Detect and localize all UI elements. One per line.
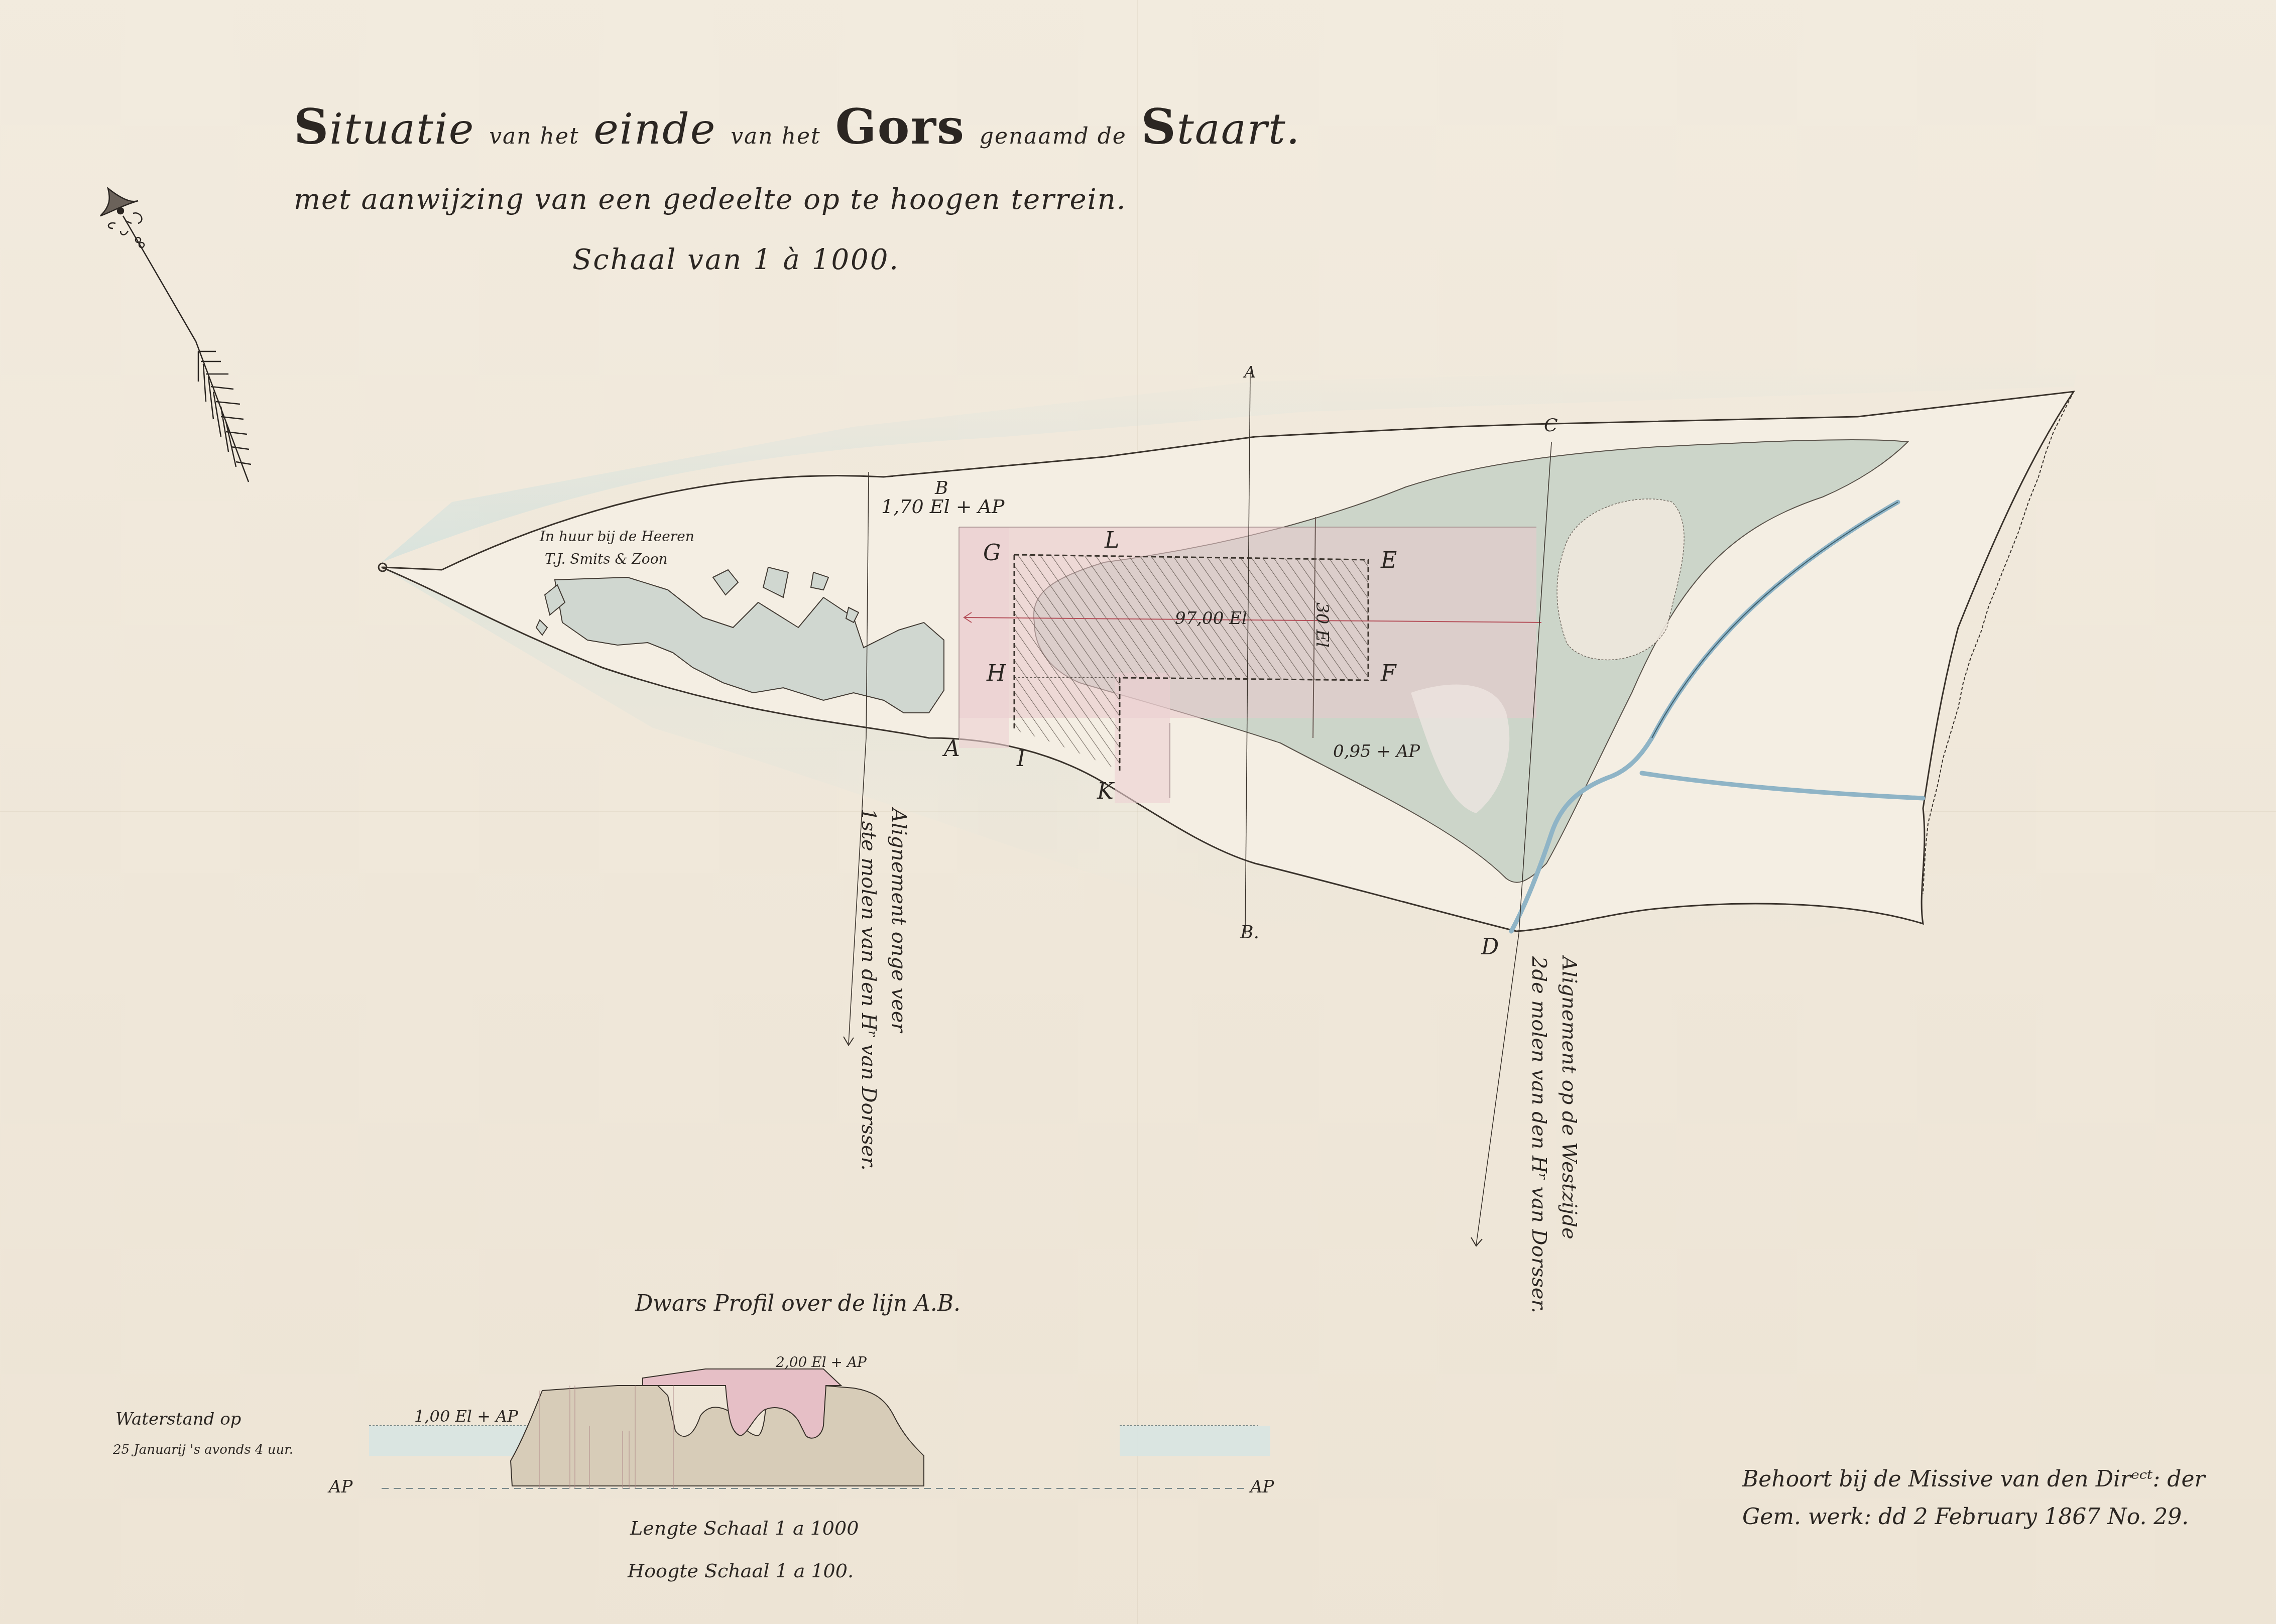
alignment-note-2-line-2: 2de molen van den Hʳ van Dorsser. — [1524, 956, 1554, 1313]
point-label-a: A — [944, 738, 960, 760]
alignment-note-2: Alignement op de Westzijde 2de molen van… — [1524, 956, 1584, 1313]
title-word: genaamd de — [980, 123, 1127, 149]
title-word: einde — [593, 104, 716, 154]
point-label-c: C — [1544, 417, 1558, 435]
title-word: van het — [489, 123, 579, 149]
profile-title: Dwars Profil over de lijn A.B. — [635, 1293, 961, 1315]
height-label-b: 1,70 El + AP — [881, 497, 1005, 516]
lease-note-line-1: In huur bij de Heeren — [540, 530, 694, 544]
title-word: ituatie — [329, 104, 474, 154]
profile-top-level: 2,00 El + AP — [776, 1355, 867, 1369]
map-drawing — [0, 0, 2276, 1624]
cross-profile — [369, 1369, 1270, 1488]
profile-water-level: 1,00 El + AP — [414, 1408, 518, 1424]
alignment-note-1-line-1: Alignement onge veer — [884, 808, 914, 1171]
alignment-line-2 — [1476, 934, 1519, 1245]
datum-label-right: AP — [1250, 1478, 1274, 1495]
title-word: Gors — [835, 98, 965, 155]
point-label-i: I — [1017, 748, 1025, 770]
map-scale-title: Schaal van 1 à 1000. — [572, 246, 900, 274]
datum-label-left: AP — [329, 1478, 352, 1495]
point-label-e: E — [1381, 550, 1397, 572]
point-label-b-upper: B — [935, 479, 948, 497]
width-label: 30 El — [1313, 602, 1331, 648]
map-title-line-2: met aanwijzing van een gedeelte op te ho… — [294, 186, 1127, 214]
title-initial: S — [1141, 98, 1177, 155]
length-label: 97,00 El — [1175, 610, 1247, 627]
alignment-note-1-line-2: 1ste molen van den Hʳ van Dorsser. — [854, 808, 884, 1171]
point-label-b-section: B. — [1240, 924, 1259, 942]
endorsement-line-1: Behoort bij de Missive van den Dirᵉᶜᵗ: d… — [1742, 1468, 2205, 1490]
alignment-note-1: Alignement onge veer 1ste molen van den … — [854, 808, 914, 1171]
waterstand-line-1: Waterstand op — [115, 1411, 241, 1428]
point-label-d: D — [1481, 936, 1499, 958]
title-initial: S — [294, 98, 329, 155]
endorsement-line-2: Gem. werk: dd 2 February 1867 No. 29. — [1742, 1506, 2189, 1528]
height-label-mid: 0,95 + AP — [1333, 743, 1420, 760]
length-scale-note: Lengte Schaal 1 a 1000 — [630, 1519, 859, 1538]
height-scale-note: Hoogte Schaal 1 a 100. — [628, 1561, 854, 1580]
point-label-l: L — [1105, 530, 1119, 552]
north-arrow-icon — [100, 188, 251, 482]
point-label-k: K — [1097, 781, 1114, 803]
point-label-a-section: A — [1244, 364, 1256, 380]
point-label-g: G — [983, 542, 1001, 564]
waterstand-line-2: 25 Januarij 's avonds 4 uur. — [113, 1443, 293, 1456]
title-word: taart. — [1177, 104, 1301, 154]
point-label-h: H — [987, 663, 1006, 685]
lease-note-line-2: T.J. Smits & Zoon — [545, 552, 668, 566]
title-word: van het — [731, 123, 820, 149]
point-label-f: F — [1381, 663, 1396, 685]
alignment-note-2-line-1: Alignement op de Westzijde — [1554, 956, 1584, 1313]
map-title-line-1: Situatie van het einde van het Gors gena… — [294, 103, 1300, 151]
